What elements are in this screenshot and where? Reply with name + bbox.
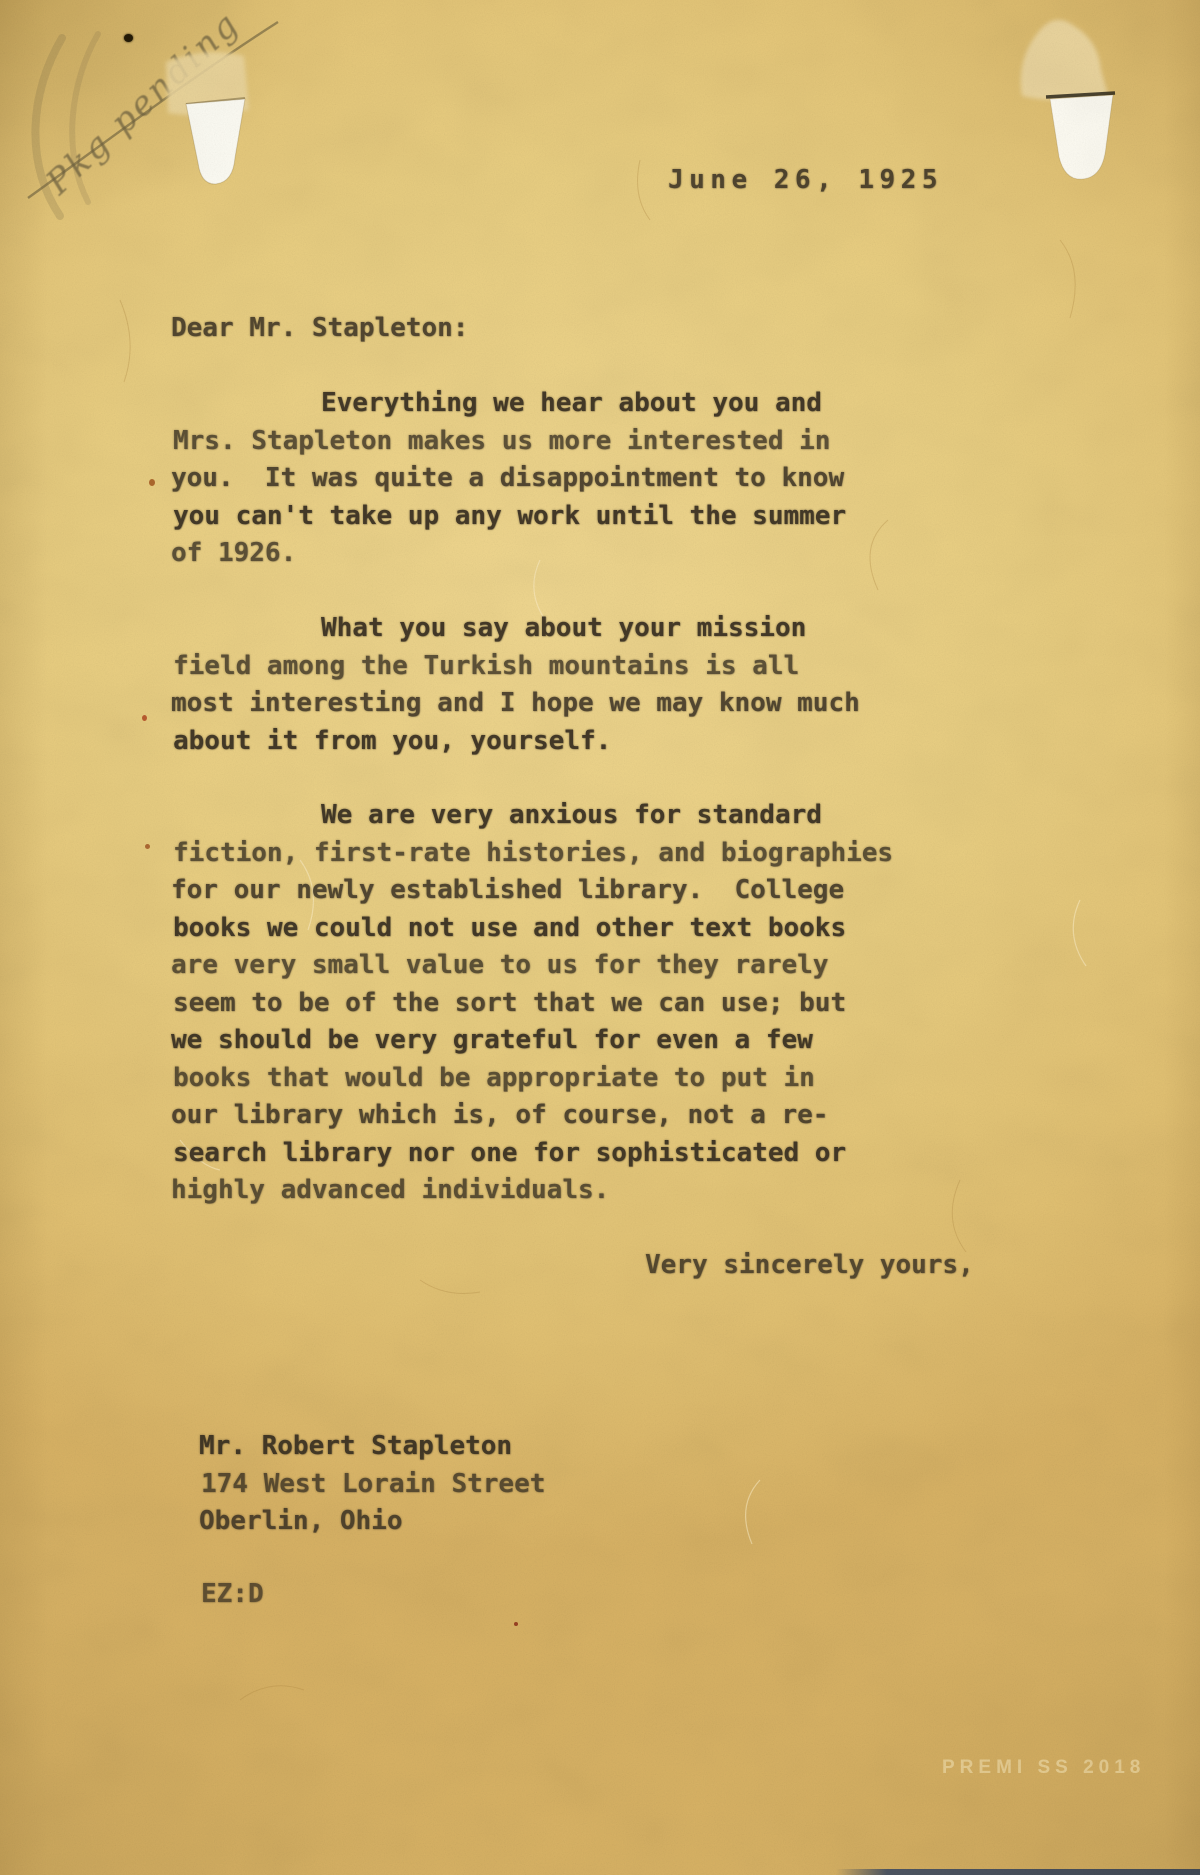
paper-speck bbox=[145, 844, 150, 849]
text-line: Mrs. Stapleton makes us more interested … bbox=[173, 423, 846, 461]
closing: Very sincerely yours, bbox=[645, 1247, 974, 1285]
text-line: field among the Turkish mountains is all bbox=[173, 648, 860, 686]
paragraph-3: We are very anxious for standard fiction… bbox=[171, 797, 893, 1210]
text-line: for our newly established library. Colle… bbox=[171, 872, 893, 910]
right-hole-edge bbox=[1046, 93, 1115, 97]
paper-speck bbox=[149, 479, 155, 486]
salutation-text: Dear Mr. Stapleton: bbox=[171, 310, 468, 348]
scanner-edge-strip bbox=[836, 1869, 1200, 1875]
date-text: June 26, 1925 bbox=[668, 162, 943, 200]
text-line: you. It was quite a disappointment to kn… bbox=[171, 460, 846, 498]
text-line: books that would be appropriate to put i… bbox=[173, 1060, 893, 1098]
recipient-address-block: Mr. Robert Stapleton 174 West Lorain Str… bbox=[199, 1428, 545, 1541]
typist-initials: EZ:D bbox=[201, 1576, 264, 1614]
paragraph-2: What you say about your mission field am… bbox=[171, 610, 860, 760]
digitization-watermark: PREMI SS 2018 bbox=[942, 1757, 1145, 1779]
recipient-street: 174 West Lorain Street bbox=[201, 1466, 545, 1504]
right-torn-patch bbox=[1021, 20, 1108, 100]
recipient-name: Mr. Robert Stapleton bbox=[199, 1428, 545, 1466]
text-line: We are very anxious for standard bbox=[171, 797, 893, 835]
text-line: seem to be of the sort that we can use; … bbox=[173, 985, 893, 1023]
text-line: we should be very grateful for even a fe… bbox=[171, 1022, 893, 1060]
paper-speck bbox=[514, 1622, 518, 1626]
text-line: books we could not use and other text bo… bbox=[173, 910, 893, 948]
left-hole-edge bbox=[186, 98, 245, 104]
closing-text: Very sincerely yours, bbox=[645, 1247, 974, 1285]
left-punch-hole bbox=[186, 99, 245, 184]
text-line: you can't take up any work until the sum… bbox=[173, 498, 846, 536]
text-line: most interesting and I hope we may know … bbox=[171, 685, 860, 723]
scanned-letter-page: Pkg pending June 26, 1925 Dear Mr. Stapl… bbox=[0, 0, 1200, 1875]
recipient-city: Oberlin, Ohio bbox=[199, 1503, 545, 1541]
paragraph-1: Everything we hear about you and Mrs. St… bbox=[171, 385, 846, 573]
ink-speck bbox=[124, 34, 133, 42]
text-line: about it from you, yourself. bbox=[173, 723, 860, 761]
text-line: of 1926. bbox=[171, 535, 846, 573]
letter-date: June 26, 1925 bbox=[668, 162, 943, 200]
text-line: What you say about your mission bbox=[171, 610, 860, 648]
text-line: fiction, first-rate histories, and biogr… bbox=[173, 835, 893, 873]
text-line: search library nor one for sophisticated… bbox=[173, 1135, 893, 1173]
right-punch-hole bbox=[1050, 95, 1113, 179]
paper-speck bbox=[142, 715, 147, 721]
text-line: Everything we hear about you and bbox=[171, 385, 846, 423]
text-line: highly advanced individuals. bbox=[171, 1172, 893, 1210]
text-line: are very small value to us for they rare… bbox=[171, 947, 893, 985]
handwritten-annotation: Pkg pending bbox=[38, 3, 247, 202]
salutation: Dear Mr. Stapleton: bbox=[171, 310, 468, 348]
initials-text: EZ:D bbox=[201, 1576, 264, 1614]
text-line: our library which is, of course, not a r… bbox=[171, 1097, 893, 1135]
